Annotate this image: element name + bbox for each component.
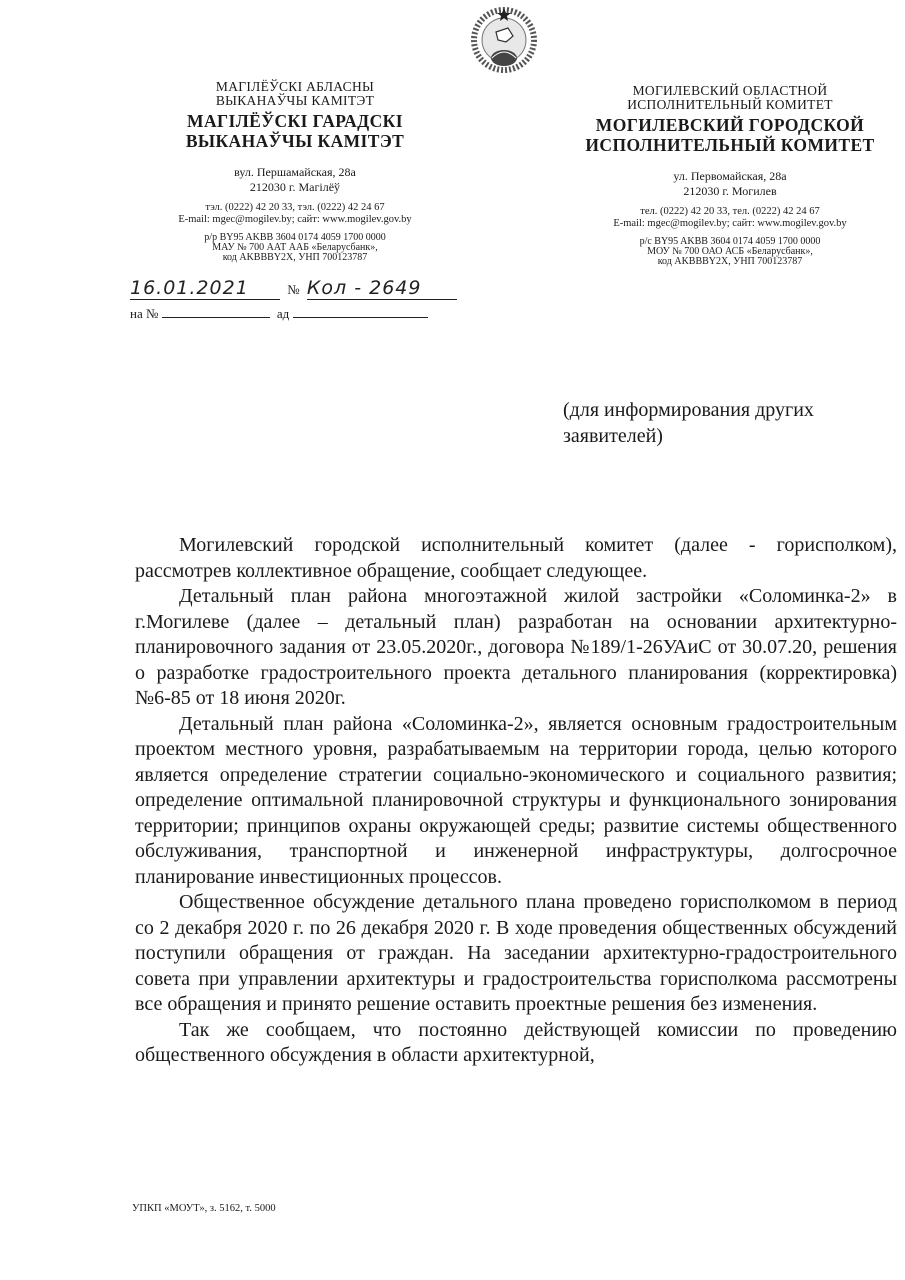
region-committee-ru: МОГИЛЕВСКИЙ ОБЛАСТНОЙ ИСПОЛНИТЕЛЬНЫЙ КОМ… [575,84,885,112]
line: ИСПОЛНИТЕЛЬНЫЙ КОМИТЕТ [575,98,885,112]
region-committee-by: МАГІЛЁЎСКІ АБЛАСНЫ ВЫКАНАЎЧЫ КАМІТЭТ [130,80,460,108]
from-label: ад [277,306,289,321]
line: ул. Первомайская, 28а [575,169,885,184]
line: ВЫКАНАЎЧЫ КАМІТЭТ [130,94,460,108]
line: тэл. (0222) 42 20 33, тэл. (0222) 42 24 … [130,202,460,214]
line: E-mail: mgec@mogilev.by; сайт: www.mogil… [575,218,885,230]
ref-label: на № [130,306,158,321]
line: МАГІЛЁЎСКІ АБЛАСНЫ [130,80,460,94]
paragraph: Общественное обсуждение детального плана… [135,890,897,1018]
line: вул. Першамайская, 28а [130,165,460,180]
city-committee-ru: МОГИЛЕВСКИЙ ГОРОДСКОЙ ИСПОЛНИТЕЛЬНЫЙ КОМ… [575,115,885,155]
line: код AKBBBY2X, УНП 700123787 [130,253,460,263]
registration-line: 16.01.2021 № Кол - 2649 [130,277,460,299]
reference-line: на № ад [130,306,428,322]
contact-by: тэл. (0222) 42 20 33, тэл. (0222) 42 24 … [130,202,460,226]
letterhead-belarusian: МАГІЛЁЎСКІ АБЛАСНЫ ВЫКАНАЎЧЫ КАМІТЭТ МАГ… [130,80,460,263]
line: 212030 г. Магілёў [130,180,460,195]
line: МОГИЛЕВСКИЙ ОБЛАСТНОЙ [575,84,885,98]
line: ИСПОЛНИТЕЛЬНЫЙ КОМИТЕТ [575,135,885,155]
line: ВЫКАНАЎЧЫ КАМІТЭТ [130,131,460,151]
belarus-coat-of-arms-icon [468,2,540,74]
addressee: (для информирования других заявителей) [563,397,863,449]
bank-details-by: р/р BY95 AKBB 3604 0174 4059 1700 0000 М… [130,233,460,263]
line: тел. (0222) 42 20 33, тел. (0222) 42 24 … [575,206,885,218]
number-label: № [287,282,299,297]
line: 212030 г. Могилев [575,184,885,199]
ref-date-blank [293,317,428,318]
letter-body: Могилевский городской исполнительный ком… [135,533,897,1069]
line: E-mail: mgec@mogilev.by; сайт: www.mogil… [130,214,460,226]
registration-date: 16.01.2021 [130,277,280,300]
contact-ru: тел. (0222) 42 20 33, тел. (0222) 42 24 … [575,206,885,230]
print-footer: УПКП «МОУТ», з. 5162, т. 5000 [132,1203,276,1214]
paragraph: Детальный план района многоэтажной жилой… [135,584,897,712]
paragraph: Так же сообщаем, что постоянно действующ… [135,1018,897,1069]
line: МАГІЛЁЎСКІ ГАРАДСКІ [130,111,460,131]
ref-number-blank [162,317,270,318]
paragraph: Могилевский городской исполнительный ком… [135,533,897,584]
line: МОГИЛЕВСКИЙ ГОРОДСКОЙ [575,115,885,135]
address-ru: ул. Первомайская, 28а 212030 г. Могилев [575,169,885,199]
registration-number: Кол - 2649 [307,277,457,300]
line: код AKBBBY2X, УНП 700123787 [575,257,885,267]
bank-details-ru: р/с BY95 AKBB 3604 0174 4059 1700 0000 М… [575,237,885,267]
letterhead-russian: МОГИЛЕВСКИЙ ОБЛАСТНОЙ ИСПОЛНИТЕЛЬНЫЙ КОМ… [575,84,885,267]
paragraph: Детальный план района «Соломинка-2», явл… [135,712,897,891]
city-committee-by: МАГІЛЁЎСКІ ГАРАДСКІ ВЫКАНАЎЧЫ КАМІТЭТ [130,111,460,151]
address-by: вул. Першамайская, 28а 212030 г. Магілёў [130,165,460,195]
